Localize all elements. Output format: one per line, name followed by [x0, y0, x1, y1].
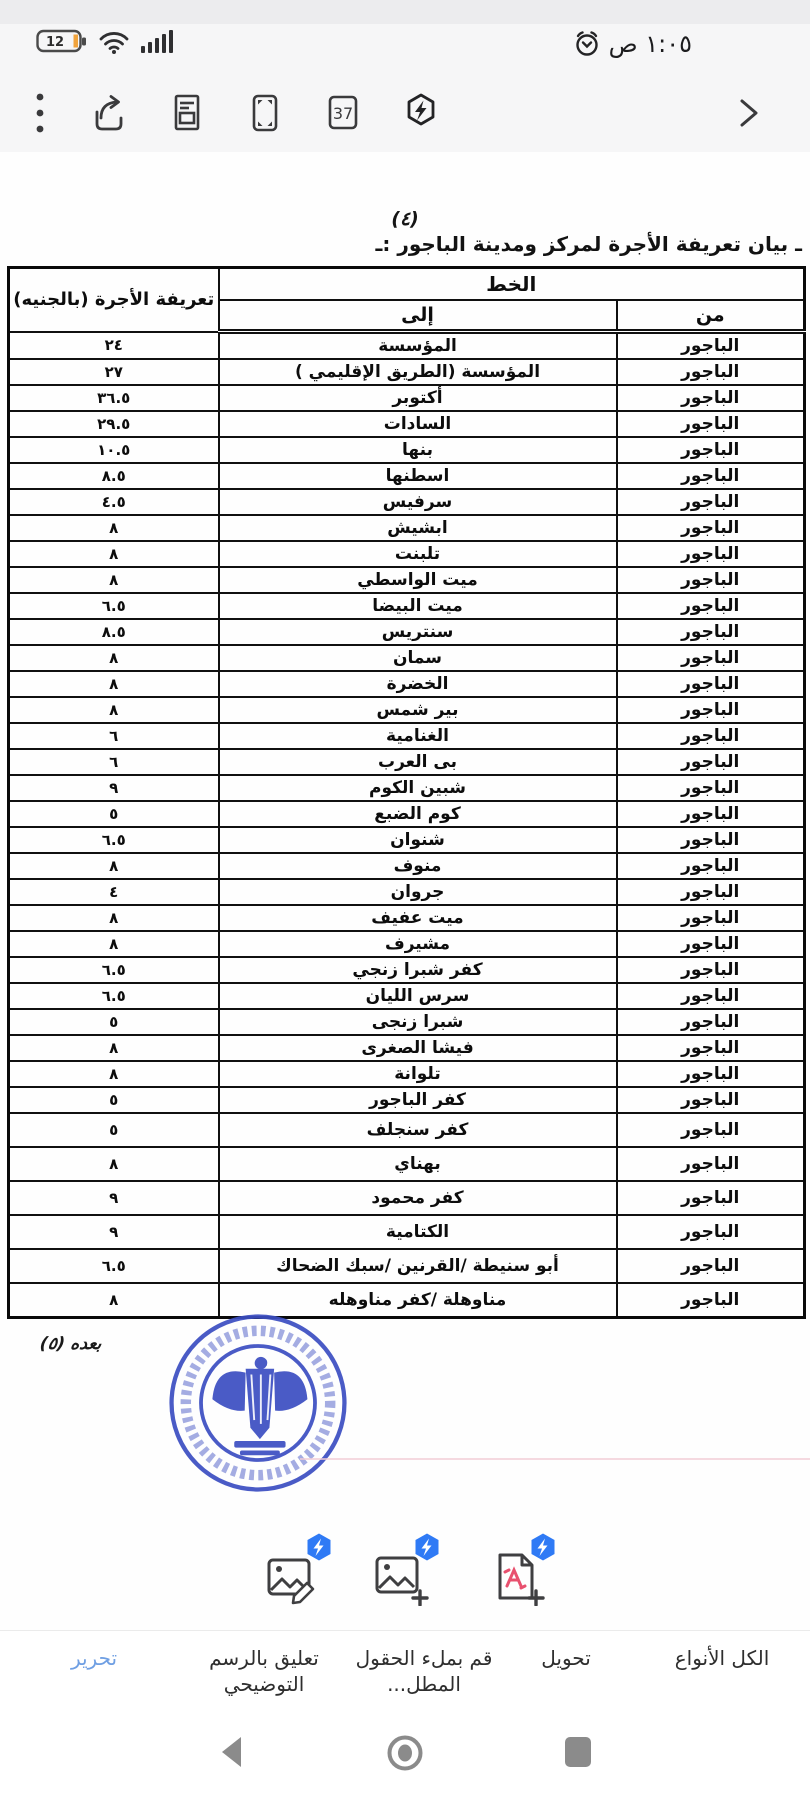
to-cell: مشيرف [219, 931, 617, 957]
to-cell: شبين الكوم [219, 775, 617, 801]
clock-time: ١:٠٥ ص [609, 30, 692, 58]
from-cell: الباجور [617, 983, 805, 1009]
fare-cell: ٨ [9, 905, 219, 931]
to-cell: ابشيش [219, 515, 617, 541]
to-cell: الخضرة [219, 671, 617, 697]
from-cell: الباجور [617, 1215, 805, 1249]
table-row: الباجورمنوف٨ [9, 853, 805, 879]
signal-icon [140, 28, 174, 55]
from-cell: الباجور [617, 1087, 805, 1113]
recognize-text-button[interactable] [488, 1536, 550, 1606]
fare-cell: ٤ [9, 879, 219, 905]
to-cell: المؤسسة (الطريق الإقليمي ) [219, 359, 617, 385]
fare-cell: ٢٧ [9, 359, 219, 385]
table-row: الباجورالمؤسسة (الطريق الإقليمي )٢٧ [9, 359, 805, 385]
from-cell: الباجور [617, 827, 805, 853]
fare-cell: ٦ [9, 723, 219, 749]
from-cell: الباجور [617, 463, 805, 489]
annotate-button[interactable]: تعليق بالرسم التوضيحي [179, 1645, 349, 1697]
ai-bolt-badge [304, 1532, 334, 1562]
fare-cell: ٢٩.٥ [9, 411, 219, 437]
fare-cell: ٥ [9, 1087, 219, 1113]
document-title: ـ بيان تعريفة الأجرة لمركز ومدينة الباجو… [376, 232, 802, 256]
fare-cell: ٨.٥ [9, 463, 219, 489]
status-left-cluster: 12 [36, 28, 174, 55]
table-row: الباجوركوم الضبع٥ [9, 801, 805, 827]
status-bar: 12 [0, 24, 810, 72]
table-row: الباجورأكتوبر٣٦.٥ [9, 385, 805, 411]
next-page-button[interactable] [710, 83, 788, 143]
table-row: الباجورالغنامية٦ [9, 723, 805, 749]
to-cell: منوف [219, 853, 617, 879]
fare-cell: ٨ [9, 515, 219, 541]
to-cell: تلوانة [219, 1061, 617, 1087]
fare-cell: ٥ [9, 801, 219, 827]
table-row: الباجورأبو سنيطة /القرنين /سبك الضحاك٦.٥ [9, 1249, 805, 1283]
fare-cell: ٩ [9, 1181, 219, 1215]
to-cell: الكتامية [219, 1215, 617, 1249]
to-cell: المؤسسة [219, 332, 617, 360]
table-header-line: الخط [219, 268, 805, 301]
table-row: الباجورسرس الليان٦.٥ [9, 983, 805, 1009]
table-row: الباجوركفر شبرا زنجي٦.٥ [9, 957, 805, 983]
to-cell: جروان [219, 879, 617, 905]
kebab-menu-button[interactable] [10, 83, 70, 143]
to-cell: اسطنها [219, 463, 617, 489]
wifi-icon [98, 28, 130, 55]
table-row: الباجورجروان٤ [9, 879, 805, 905]
table-row: الباجورميت البيضا٦.٥ [9, 593, 805, 619]
back-icon [216, 1732, 248, 1772]
fill-fields-button[interactable]: قم بملء الحقول المطل... [344, 1645, 504, 1697]
fare-cell: ٨ [9, 645, 219, 671]
to-cell: ميت الواسطي [219, 567, 617, 593]
add-image-button[interactable] [372, 1536, 434, 1606]
phone-screen: 12 [0, 0, 810, 1800]
to-cell: أكتوبر [219, 385, 617, 411]
fare-cell: ٨ [9, 671, 219, 697]
table-row: الباجورالسادات٢٩.٥ [9, 411, 805, 437]
to-cell: ميت عفيف [219, 905, 617, 931]
to-cell: بهناي [219, 1147, 617, 1181]
status-right-cluster: ١:٠٥ ص [573, 30, 692, 58]
from-cell: الباجور [617, 749, 805, 775]
share-icon [87, 91, 131, 135]
from-cell: الباجور [617, 801, 805, 827]
table-row: الباجورسمان٨ [9, 645, 805, 671]
fare-cell: ٢٤ [9, 332, 219, 360]
crop-frame-icon [243, 91, 287, 135]
top-chrome: 12 [0, 0, 810, 152]
to-cell: سمان [219, 645, 617, 671]
fare-cell: ٥ [9, 1009, 219, 1035]
table-row: الباجورسرفيس٤.٥ [9, 489, 805, 515]
fare-cell: ٨ [9, 1035, 219, 1061]
recents-icon [561, 1732, 595, 1772]
from-cell: الباجور [617, 775, 805, 801]
from-cell: الباجور [617, 567, 805, 593]
notch-strip [0, 0, 810, 24]
crop-frame-button[interactable] [226, 83, 304, 143]
to-cell: بنها [219, 437, 617, 463]
table-header-fare: تعريفة الأجرة (بالجنيه) [9, 268, 219, 332]
edit-button[interactable]: تحرير [4, 1645, 184, 1671]
fare-cell: ٩ [9, 1215, 219, 1249]
bottom-action-bar: الكل الأنواع تحويل قم بملء الحقول المطل.… [0, 1630, 810, 1719]
table-row: الباجوركفر سنجلف٥ [9, 1113, 805, 1147]
ai-bolt-badge [528, 1532, 558, 1562]
chevron-right-icon [732, 91, 766, 135]
ai-bolt-badge [412, 1532, 442, 1562]
table-row: الباجورسنتريس٨.٥ [9, 619, 805, 645]
fare-cell: ٥ [9, 1113, 219, 1147]
table-row: الباجورالمؤسسة٢٤ [9, 332, 805, 360]
to-cell: كوم الضبع [219, 801, 617, 827]
svg-text:12: 12 [46, 35, 64, 50]
svg-text:37: 37 [333, 104, 353, 123]
share-button[interactable] [70, 83, 148, 143]
android-nav-bar [0, 1718, 810, 1800]
from-cell: الباجور [617, 1061, 805, 1087]
fare-cell: ٤.٥ [9, 489, 219, 515]
fare-table: الخط تعريفة الأجرة (بالجنيه) من إلى البا… [7, 266, 806, 1319]
page-indicator-icon: 37 [321, 91, 365, 135]
reader-view-icon [165, 91, 209, 135]
table-row: الباجورتلبنت٨ [9, 541, 805, 567]
page-indicator-button[interactable]: 37 [304, 83, 382, 143]
to-cell: الغنامية [219, 723, 617, 749]
official-stamp [163, 1308, 353, 1498]
to-cell: أبو سنيطة /القرنين /سبك الضحاك [219, 1249, 617, 1283]
from-cell: الباجور [617, 697, 805, 723]
ai-actions-row [0, 1536, 810, 1616]
from-cell: الباجور [617, 385, 805, 411]
from-cell: الباجور [617, 359, 805, 385]
table-row: الباجوربى العرب٦ [9, 749, 805, 775]
fare-cell: ٨ [9, 697, 219, 723]
from-cell: الباجور [617, 541, 805, 567]
to-cell: فيشا الصغرى [219, 1035, 617, 1061]
fare-cell: ٨ [9, 541, 219, 567]
from-cell: الباجور [617, 1113, 805, 1147]
from-cell: الباجور [617, 1249, 805, 1283]
to-cell: كفر شبرا زنجي [219, 957, 617, 983]
table-row: الباجوركفر محمود٩ [9, 1181, 805, 1215]
fare-cell: ٦.٥ [9, 827, 219, 853]
back-button[interactable] [216, 1732, 248, 1772]
fare-cell: ٨ [9, 1147, 219, 1181]
from-cell: الباجور [617, 593, 805, 619]
table-header-from: من [617, 300, 805, 332]
fare-cell: ٦.٥ [9, 957, 219, 983]
from-cell: الباجور [617, 957, 805, 983]
reader-view-button[interactable] [148, 83, 226, 143]
to-cell: كفر سنجلف [219, 1113, 617, 1147]
to-cell: سنتريس [219, 619, 617, 645]
from-cell: الباجور [617, 1009, 805, 1035]
from-cell: الباجور [617, 619, 805, 645]
from-cell: الباجور [617, 1147, 805, 1181]
fare-cell: ٨ [9, 853, 219, 879]
to-cell: سرفيس [219, 489, 617, 515]
fare-cell: ٨ [9, 567, 219, 593]
table-row: الباجورشنوان٦.٥ [9, 827, 805, 853]
ai-assist-button[interactable] [382, 83, 460, 143]
fare-cell: ٦.٥ [9, 593, 219, 619]
from-cell: الباجور [617, 515, 805, 541]
table-row: الباجورشبرا زنجى٥ [9, 1009, 805, 1035]
table-row: الباجورابشيش٨ [9, 515, 805, 541]
fare-cell: ٦.٥ [9, 1249, 219, 1283]
from-cell: الباجور [617, 1181, 805, 1215]
to-cell: ميت البيضا [219, 593, 617, 619]
table-row: الباجورمشيرف٨ [9, 931, 805, 957]
from-cell: الباجور [617, 931, 805, 957]
from-cell: الباجور [617, 1035, 805, 1061]
to-cell: بى العرب [219, 749, 617, 775]
kebab-menu-icon [35, 92, 45, 134]
annotate-image-button[interactable] [264, 1536, 326, 1606]
table-row: الباجورشبين الكوم٩ [9, 775, 805, 801]
fare-cell: ٨.٥ [9, 619, 219, 645]
table-row: الباجورالخضرة٨ [9, 671, 805, 697]
from-cell: الباجور [617, 879, 805, 905]
from-cell: الباجور [617, 489, 805, 515]
to-cell: سرس الليان [219, 983, 617, 1009]
table-row: الباجوركفر الباجور٥ [9, 1087, 805, 1113]
fare-cell: ٦ [9, 749, 219, 775]
to-cell: السادات [219, 411, 617, 437]
continued-note: بعده (٥) [39, 1334, 103, 1354]
to-cell: كفر الباجور [219, 1087, 617, 1113]
eagle-emblem [212, 1357, 307, 1455]
scan-artifact-line [300, 1458, 810, 1460]
table-row: الباجورفيشا الصغرى٨ [9, 1035, 805, 1061]
from-cell: الباجور [617, 437, 805, 463]
from-cell: الباجور [617, 645, 805, 671]
battery-icon: 12 [36, 28, 88, 55]
table-row: الباجورميت الواسطي٨ [9, 567, 805, 593]
table-row: الباجورمناوهلة /كفر مناوهله٨ [9, 1283, 805, 1318]
table-header-to: إلى [219, 300, 617, 332]
to-cell: شبرا زنجى [219, 1009, 617, 1035]
document-page[interactable]: (٤) ـ بيان تعريفة الأجرة لمركز ومدينة ال… [0, 152, 810, 1630]
fare-cell: ٩ [9, 775, 219, 801]
ai-assist-icon [399, 91, 443, 135]
from-cell: الباجور [617, 332, 805, 360]
table-row: الباجورتلوانة٨ [9, 1061, 805, 1087]
all-types-button[interactable]: الكل الأنواع [632, 1645, 810, 1671]
fare-cell: ٣٦.٥ [9, 385, 219, 411]
from-cell: الباجور [617, 723, 805, 749]
from-cell: الباجور [617, 1283, 805, 1318]
page-marker: (٤) [0, 208, 810, 230]
to-cell: بير شمس [219, 697, 617, 723]
to-cell: تلبنت [219, 541, 617, 567]
table-row: الباجوراسطنها٨.٥ [9, 463, 805, 489]
from-cell: الباجور [617, 411, 805, 437]
home-icon [384, 1732, 426, 1774]
home-button[interactable] [384, 1732, 426, 1774]
to-cell: كفر محمود [219, 1181, 617, 1215]
fare-cell: ٨ [9, 931, 219, 957]
fare-cell: ٨ [9, 1061, 219, 1087]
table-row: الباجوربنها١٠.٥ [9, 437, 805, 463]
from-cell: الباجور [617, 905, 805, 931]
alarm-icon [573, 30, 601, 58]
to-cell: شنوان [219, 827, 617, 853]
from-cell: الباجور [617, 853, 805, 879]
recents-button[interactable] [561, 1732, 595, 1772]
from-cell: الباجور [617, 671, 805, 697]
table-row: الباجورالكتامية٩ [9, 1215, 805, 1249]
table-row: الباجوربهناي٨ [9, 1147, 805, 1181]
document-toolbar: 37 [0, 74, 810, 152]
fare-cell: ٦.٥ [9, 983, 219, 1009]
table-row: الباجوربير شمس٨ [9, 697, 805, 723]
table-row: الباجورميت عفيف٨ [9, 905, 805, 931]
fare-cell: ١٠.٥ [9, 437, 219, 463]
